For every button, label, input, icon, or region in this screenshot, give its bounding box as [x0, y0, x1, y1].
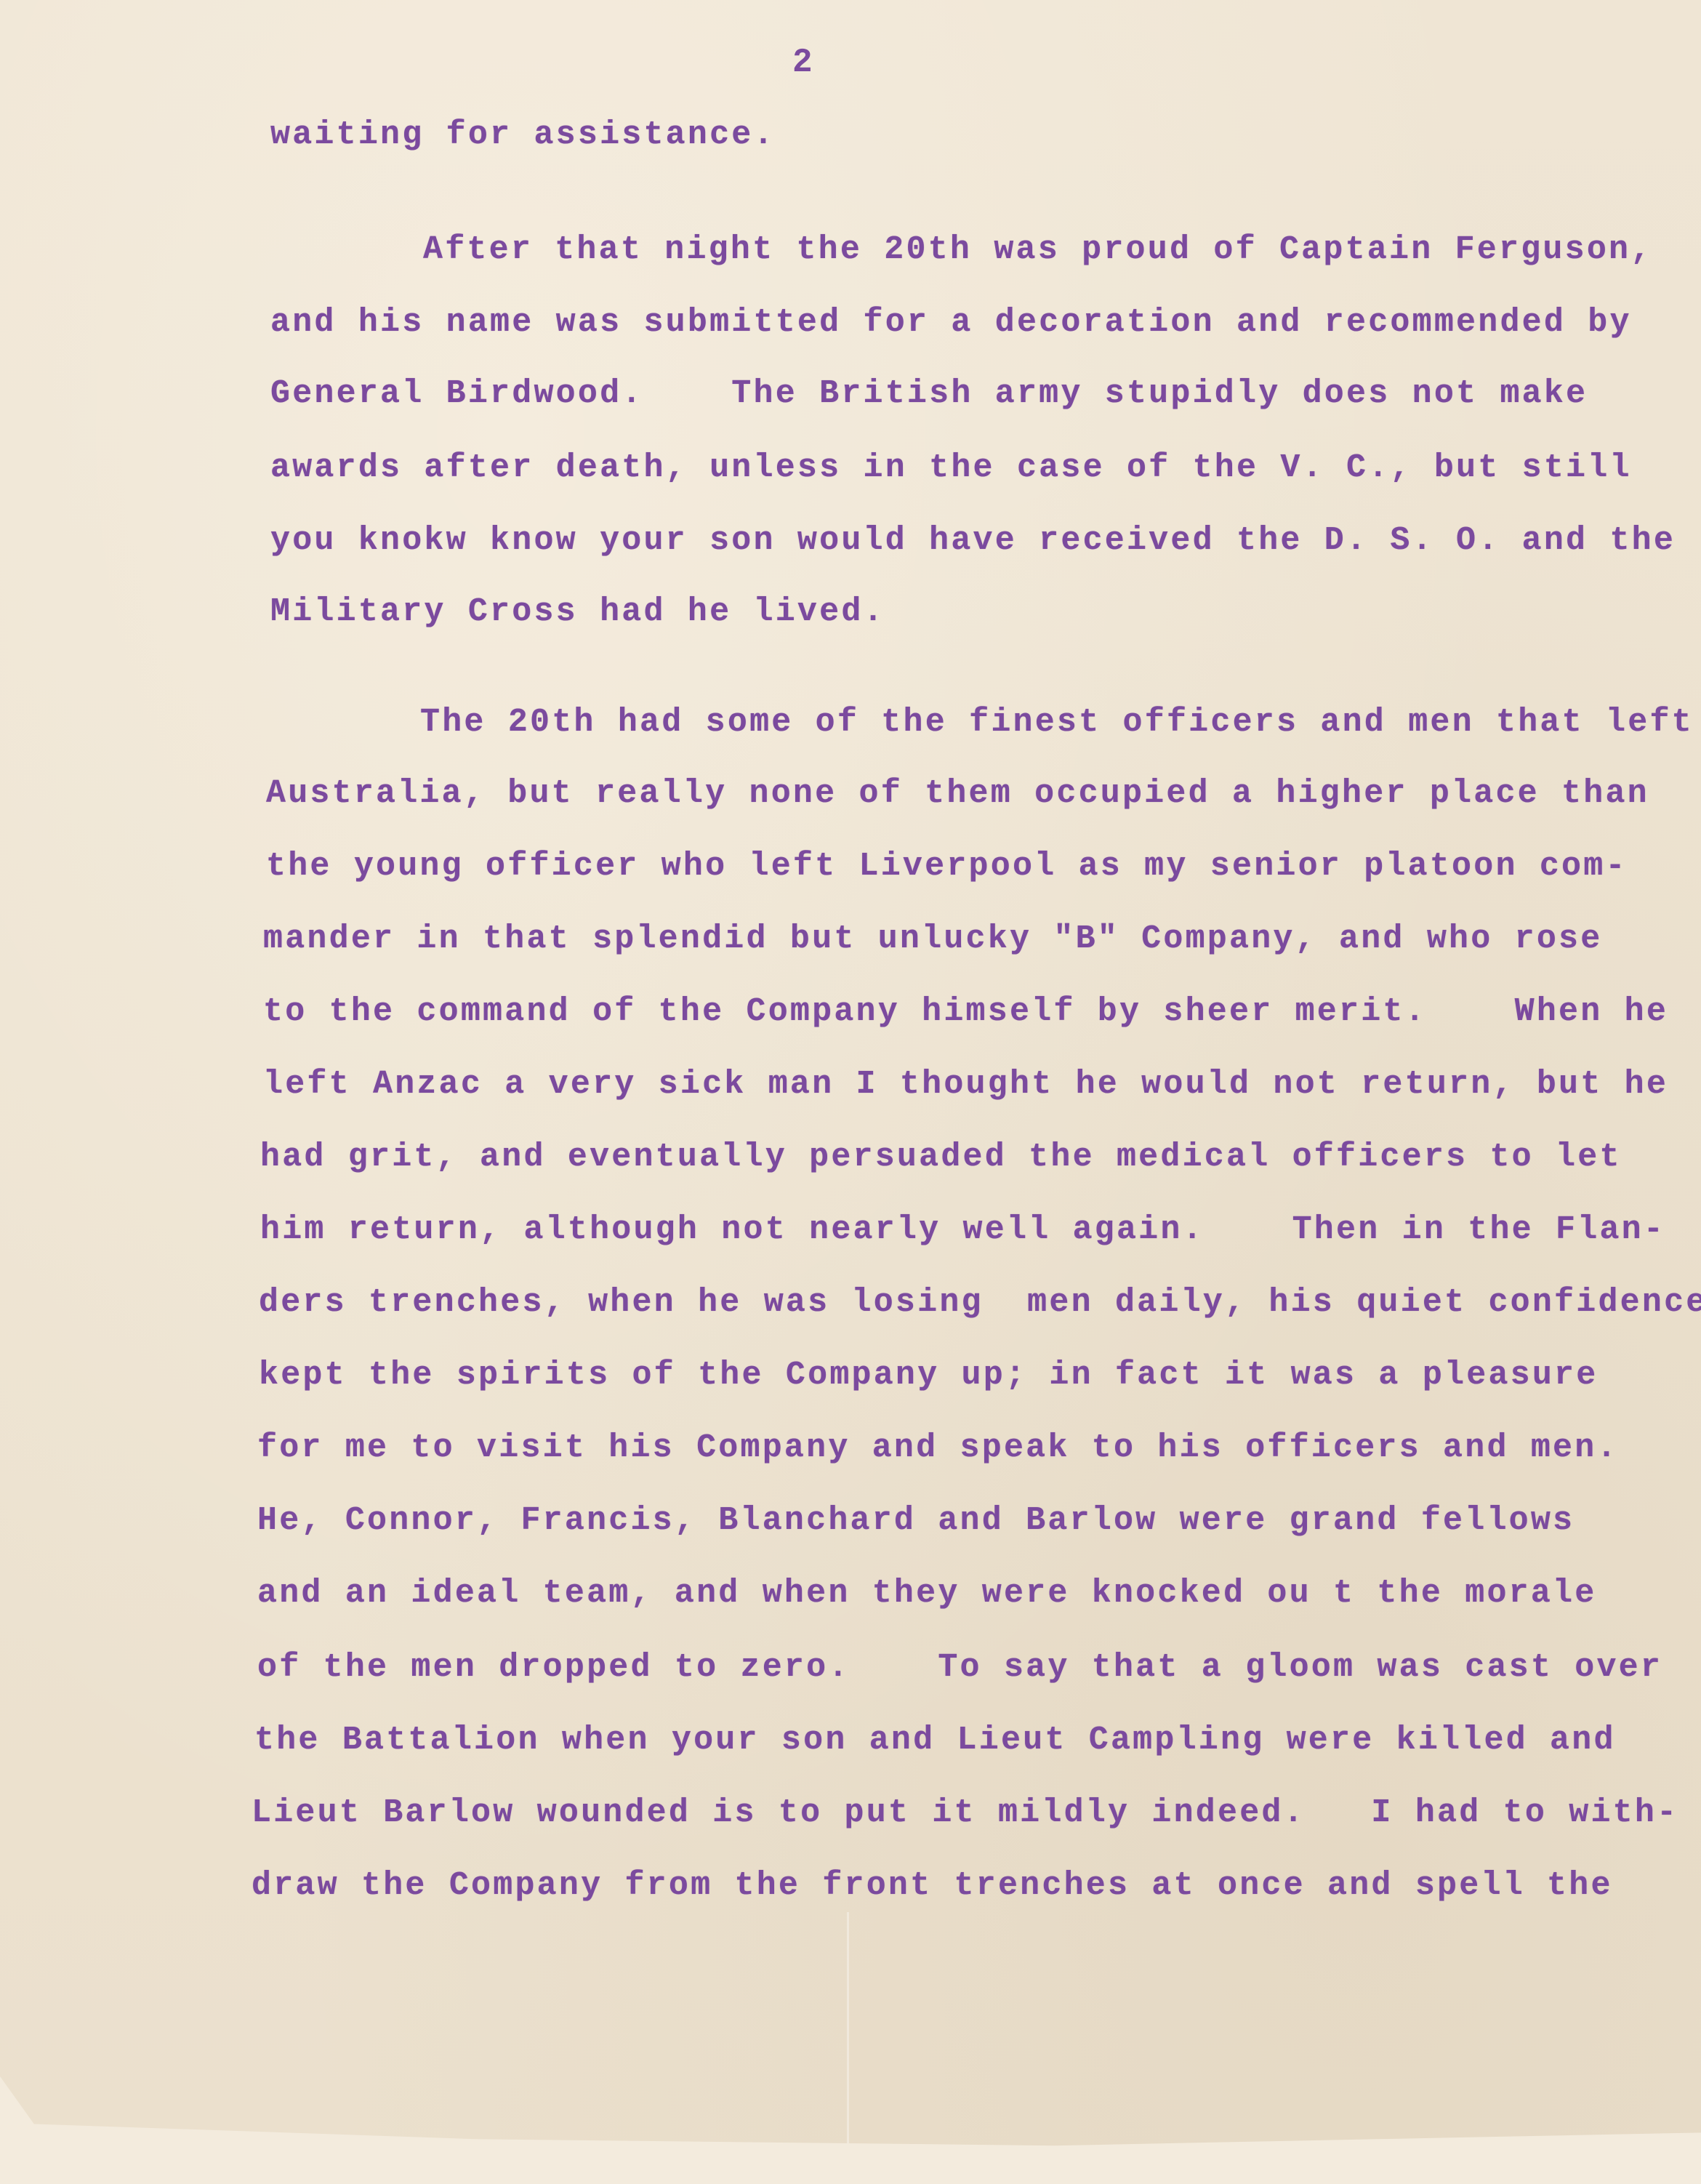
text-line: Australia, but really none of them occup… — [266, 775, 1649, 812]
text-line: him return, although not nearly well aga… — [260, 1211, 1665, 1248]
text-line: He, Connor, Francis, Blanchard and Barlo… — [257, 1502, 1575, 1539]
text-line: the young officer who left Liverpool as … — [266, 848, 1628, 885]
text-line: and his name was submitted for a decorat… — [270, 304, 1632, 341]
text-line: you knokw know your son would have recei… — [270, 522, 1676, 559]
page-number: 2 — [792, 44, 813, 81]
text-line: mander in that splendid but unlucky "B" … — [263, 920, 1602, 957]
text-line: General Birdwood. The British army stupi… — [270, 375, 1588, 412]
text-line: ders trenches, when he was losing men da… — [259, 1284, 1701, 1321]
letter-page: 2 waiting for assistance. After that nig… — [0, 0, 1701, 2163]
paper-fold-crease — [847, 1912, 849, 2159]
text-line: draw the Company from the front trenches… — [252, 1867, 1613, 1904]
text-line: to the command of the Company himself by… — [263, 993, 1668, 1030]
text-line: awards after death, unless in the case o… — [270, 449, 1632, 486]
paragraph-start-line: The 20th had some of the finest officers… — [420, 704, 1694, 741]
text-line: of the men dropped to zero. To say that … — [257, 1649, 1662, 1686]
text-line: Military Cross had he lived. — [270, 593, 885, 630]
text-line: had grit, and eventually persuaded the m… — [260, 1139, 1622, 1176]
text-line: and an ideal team, and when they were kn… — [257, 1575, 1596, 1612]
text-line: left Anzac a very sick man I thought he … — [263, 1066, 1668, 1103]
text-line: for me to visit his Company and speak to… — [257, 1429, 1619, 1466]
text-line: Lieut Barlow wounded is to put it mildly… — [252, 1794, 1678, 1831]
text-line: the Battalion when your son and Lieut Ca… — [254, 1722, 1616, 1759]
text-line: kept the spirits of the Company up; in f… — [259, 1357, 1598, 1394]
paragraph-start-line: After that night the 20th was proud of C… — [423, 231, 1652, 268]
text-line: waiting for assistance. — [270, 116, 776, 153]
